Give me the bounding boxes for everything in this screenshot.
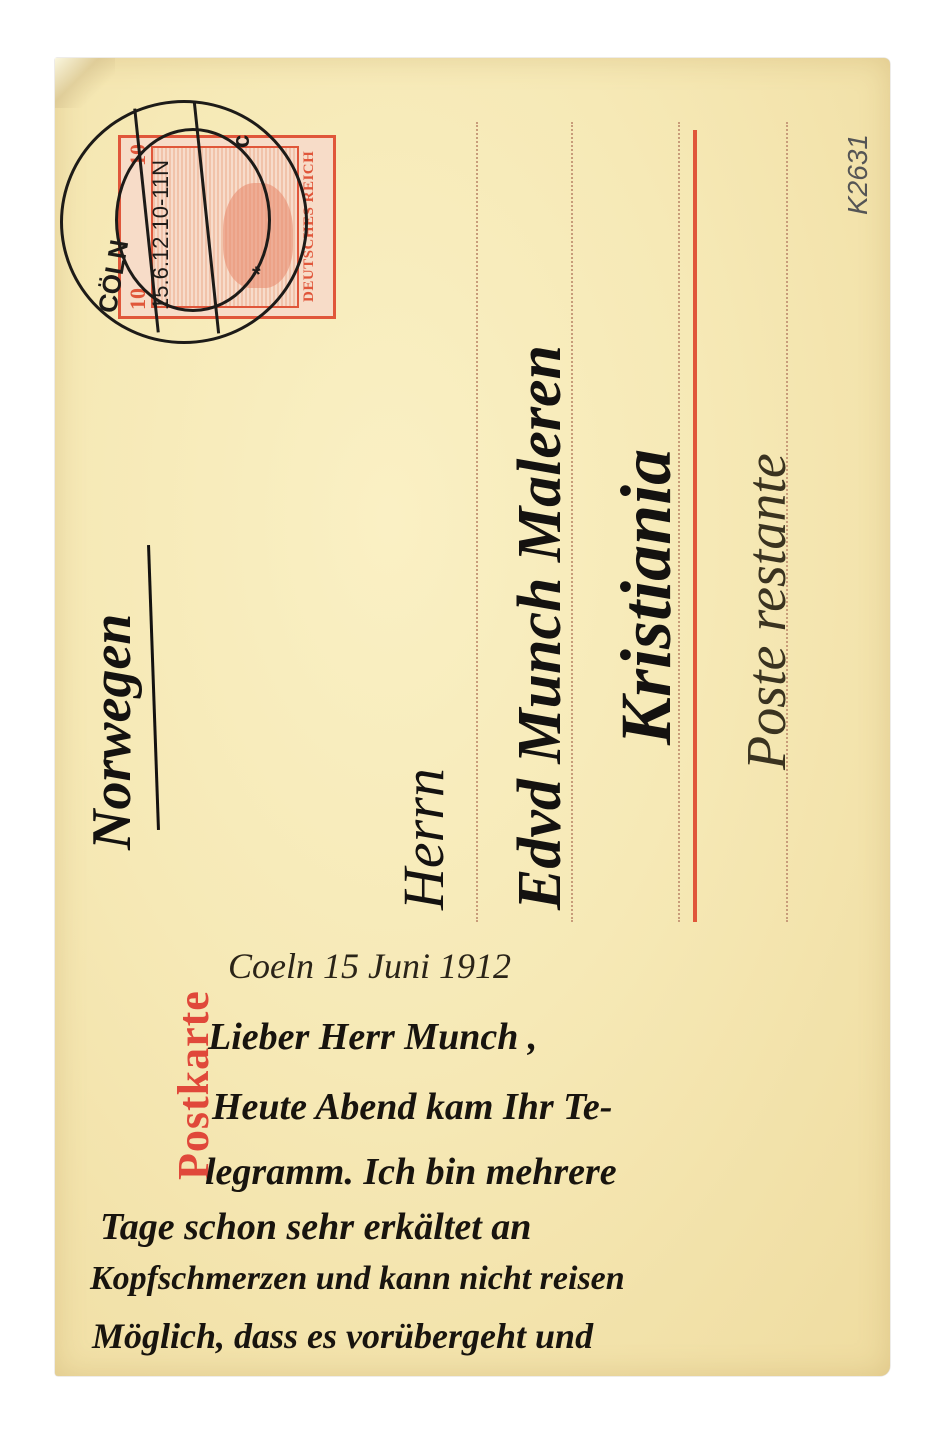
message-line: Heute Abend kam Ihr Te-	[212, 1085, 950, 1129]
message-line: Tage schon sehr erkältet an	[100, 1205, 950, 1249]
message-line: Kopfschmerzen und kann nicht reisen	[90, 1260, 950, 1298]
message-line: Coeln 15 Juni 1912	[228, 945, 950, 987]
postmark-date: 15.6.12.10-11N	[148, 160, 174, 310]
postmark-star: *	[252, 262, 261, 288]
address-name: Edvd Munch Maleren	[505, 345, 576, 910]
corner-crease	[55, 58, 115, 108]
address-salutation: Herrn	[390, 768, 457, 910]
address-city: Kristiania	[605, 449, 688, 745]
message-line: legramm. Ich bin mehrere	[205, 1150, 950, 1194]
postmark-letter: c	[228, 135, 256, 148]
address-guide-line	[476, 122, 478, 922]
message-line: Möglich, dass es vorübergeht und	[92, 1315, 950, 1357]
address-delivery: Poste restante	[735, 453, 799, 770]
address-red-line	[693, 130, 697, 922]
catalog-number: K2631	[842, 134, 874, 215]
address-country: Norwegen	[80, 614, 144, 850]
message-line: Lieber Herr Munch ,	[208, 1015, 950, 1059]
